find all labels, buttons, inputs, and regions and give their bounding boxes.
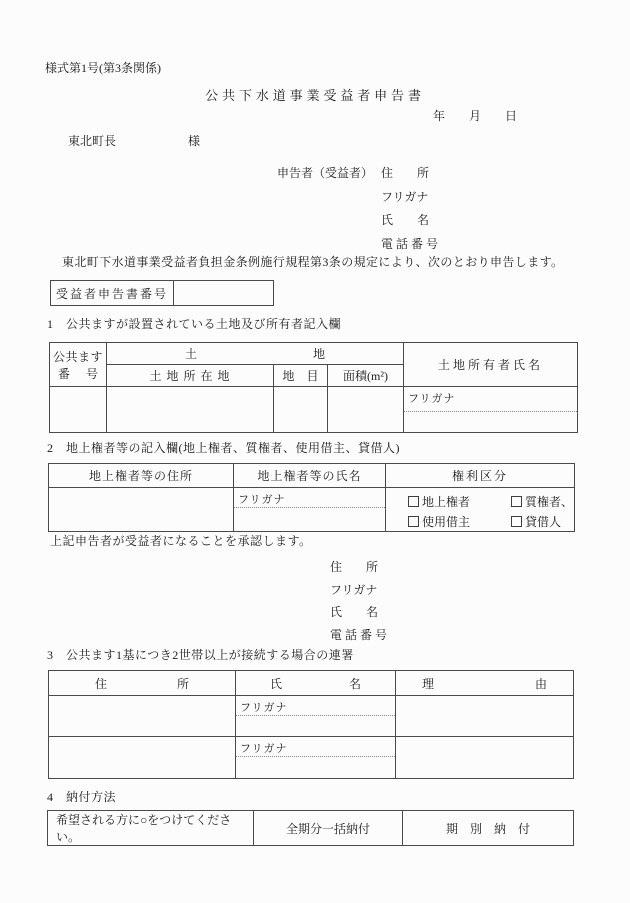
joint-name-char: 氏 [270, 675, 282, 692]
location-header: 土 地 所 在 地 [107, 365, 274, 387]
addressee-line: 東北町長様 [68, 132, 200, 149]
land-group-char: 地 [313, 345, 325, 362]
section4-heading: 4 納付方法 [47, 789, 116, 805]
owner-name-header: 土地所有者氏名 [404, 343, 578, 387]
furigana-label: フリガナ [236, 737, 395, 757]
area-cell [328, 387, 404, 433]
furigana-label: フリガナ [404, 387, 577, 412]
joint-name-cell: フリガナ [236, 737, 396, 779]
joint-address-cell [49, 737, 236, 779]
joint-name-cell: フリガナ [236, 696, 396, 737]
consent-block: 住 所 フリガナ 氏 名 電話番号 [330, 556, 390, 646]
joint-reason-cell [396, 737, 574, 779]
joint-signature-table: 住 所 氏 名 理 由 フリガナ [48, 670, 574, 779]
joint-name-header: 氏 名 [236, 671, 396, 696]
checkbox-icon[interactable] [511, 516, 522, 527]
rights-option: 地上権者 [408, 493, 511, 510]
consent-phone-label: 電話番号 [330, 624, 390, 647]
report-number-input-cell [174, 281, 274, 306]
checkbox-label: 使用借主 [422, 513, 470, 530]
consent-sentence: 上記申告者が受益者になることを承認します。 [50, 533, 312, 549]
masu-number-cell [50, 387, 107, 433]
declarant-furigana-label: フリガナ [381, 186, 441, 210]
form-number: 様式第1号(第3条関係) [45, 59, 161, 76]
declarant-prefix: 申告者（受益者） [277, 166, 373, 180]
rights-option: 使用借主 [408, 513, 511, 530]
rights-name-cell: フリガナ [234, 488, 386, 532]
payment-option-lump-sum[interactable]: 全期分一括納付 [254, 811, 403, 846]
section2-heading: 2 地上権者等の記入欄(地上権者、質権者、使用借主、貸借人) [47, 440, 400, 456]
category-header: 地 目 [274, 365, 328, 387]
checkbox-icon[interactable] [408, 496, 419, 507]
consent-furigana-label: フリガナ [330, 579, 390, 602]
category-cell [274, 387, 328, 433]
rights-option: 質権者、 [511, 493, 573, 510]
rights-category-header: 権利区分 [386, 464, 575, 488]
rights-address-header: 地上権者等の住所 [49, 464, 234, 488]
addressee-honorific: 様 [188, 134, 200, 148]
rights-option: 貸借人 [511, 513, 561, 530]
checkbox-label: 地上権者 [422, 493, 470, 510]
declarant-address-label: 住 所 [381, 166, 429, 180]
report-number-table: 受益者申告書番号 [50, 280, 274, 306]
addressee: 東北町長 [68, 134, 116, 148]
joint-address-cell [49, 696, 236, 737]
rights-address-cell [49, 488, 234, 532]
checkbox-label: 質権者、 [525, 493, 573, 510]
joint-name-char: 名 [349, 675, 361, 692]
declarant-block: 申告者（受益者）住 所 フリガナ 氏 名 電話番号 [277, 162, 441, 257]
consent-name-label: 氏 名 [330, 601, 390, 624]
consent-address-label: 住 所 [330, 556, 390, 579]
declarant-name-label: 氏 名 [381, 209, 441, 233]
rights-category-cell: 地上権者 質権者、 使用借主 貸借人 [386, 488, 575, 532]
date-line: 年 月 日 [433, 107, 517, 124]
rights-options-row1: 地上権者 質権者、 [386, 491, 574, 511]
declarant-line-address: 申告者（受益者）住 所 [277, 162, 441, 186]
location-cell [107, 387, 274, 433]
section3-heading: 3 公共ます1基につき2世帯以上が接続する場合の連署 [47, 647, 354, 663]
furigana-label: フリガナ [236, 696, 395, 716]
masu-header-char: 号 [86, 365, 98, 382]
joint-address-char: 住 [95, 675, 107, 692]
rights-holder-table: 地上権者等の住所 地上権者等の氏名 権利区分 フリガナ 地上権者 質権者、 [48, 463, 575, 532]
masu-header-line1: 公共ます [50, 348, 106, 365]
checkbox-icon[interactable] [408, 516, 419, 527]
section1-heading: 1 公共ますが設置されている土地及び所有者記入欄 [47, 316, 341, 332]
form-title: 公共下水道事業受益者申告書 [0, 87, 630, 105]
land-owner-table: 公共ます 番 号 土 地 土地所有者氏名 土 地 所 在 地 地 目 面積(m²… [49, 342, 578, 433]
joint-address-header: 住 所 [49, 671, 236, 696]
masu-header-char: 番 [58, 365, 70, 382]
joint-reason-char: 理 [422, 675, 434, 692]
area-header: 面積(m²) [328, 365, 404, 387]
furigana-label: フリガナ [234, 488, 385, 508]
joint-reason-cell [396, 696, 574, 737]
rights-options-row2: 使用借主 貸借人 [386, 511, 574, 531]
declaration-text: 東北町下水道事業受益者負担金条例施行規程第3条の規定により、次のとおり申告します… [62, 254, 602, 270]
masu-number-header: 公共ます 番 号 [50, 343, 107, 387]
payment-instruction: 希望される方に○をつけてください。 [48, 811, 254, 846]
report-number-label: 受益者申告書番号 [51, 281, 174, 306]
owner-name-cell: フリガナ [404, 387, 578, 433]
payment-method-table: 希望される方に○をつけてください。 全期分一括納付 期 別 納 付 [47, 810, 574, 846]
joint-reason-char: 由 [535, 675, 547, 692]
checkbox-label: 貸借人 [525, 513, 561, 530]
checkbox-icon[interactable] [511, 496, 522, 507]
masu-header-line2: 番 号 [50, 365, 106, 382]
form-page: 様式第1号(第3条関係) 公共下水道事業受益者申告書 年 月 日 東北町長様 申… [0, 0, 630, 903]
joint-reason-header: 理 由 [396, 671, 574, 696]
rights-name-header: 地上権者等の氏名 [234, 464, 386, 488]
payment-option-installment[interactable]: 期 別 納 付 [403, 811, 574, 846]
land-group-header: 土 地 [107, 343, 404, 365]
land-group-char: 土 [185, 345, 197, 362]
joint-address-char: 所 [177, 675, 189, 692]
